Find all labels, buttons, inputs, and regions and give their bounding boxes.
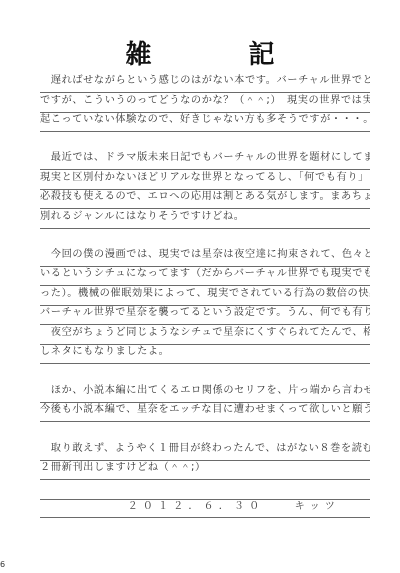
text-line: った）。機械の催眠効果によって、現実でされている行為の数倍の快感が、 bbox=[40, 286, 370, 306]
text-line: しネタにもなりましたよ。 bbox=[40, 344, 370, 364]
text-line: 遅ればせながらという感じのはがない本です。バーチャル世界でというネタ bbox=[40, 73, 370, 93]
text-line: 必殺技も使えるので、エロへの応用は割とある気がします。まあちょっと好みの bbox=[40, 189, 370, 209]
text-line: 今回の僕の漫画では、現実では星奈は夜空達に拘束されて、色々と弄ばれて bbox=[40, 247, 370, 267]
text-line: ですが、こういうのってどうなのかな？（＾＾;） 現実の世界では実際には bbox=[40, 93, 370, 113]
text-line: ほか、小説本編に出てくるエロ関係のセリフを、片っ端から言わせてみました（笑） bbox=[40, 383, 370, 403]
text-line: 起こっていない体験なので、好きじゃない方も多そうですが・・・。 bbox=[40, 112, 370, 132]
text-line: 夜空がちょうど同じようなシチュで星奈にくすぐられてたんで、格好の仕返 bbox=[40, 325, 370, 345]
text-line: ２冊新刊出しますけどね（＾＾;） bbox=[40, 460, 370, 480]
page-number: 6 bbox=[0, 560, 5, 569]
text-line: 取り敢えず、ようやく１冊目が終わったんで、はがない８巻を読むか。あと bbox=[40, 441, 370, 461]
signature-date: ２０１２．６．３０ キッツ bbox=[40, 499, 370, 518]
text-line: 別れるジャンルにはなりそうですけどね。 bbox=[40, 209, 370, 229]
text-line bbox=[40, 480, 370, 500]
text-line: バーチャル世界で星奈を襲ってるという設定です。うん、何でも有りだ（笑） bbox=[40, 305, 370, 325]
text-line: いるというシチュになってます（だからバーチャル世界でも現実でも動けなか bbox=[40, 266, 370, 286]
page-title: 雑 記 bbox=[0, 34, 400, 71]
text-line: 現実と区別付かないほどリアルな世界となってるし、「何でも有り」という bbox=[40, 170, 370, 190]
text-line: 最近では、ドラマ版未来日記でもバーチャルの世界を題材にしてましたが、 bbox=[40, 150, 370, 170]
text-line: 今後も小説本編で、星奈をエッチな目に遭わせまくって欲しいと願う。 bbox=[40, 402, 370, 422]
